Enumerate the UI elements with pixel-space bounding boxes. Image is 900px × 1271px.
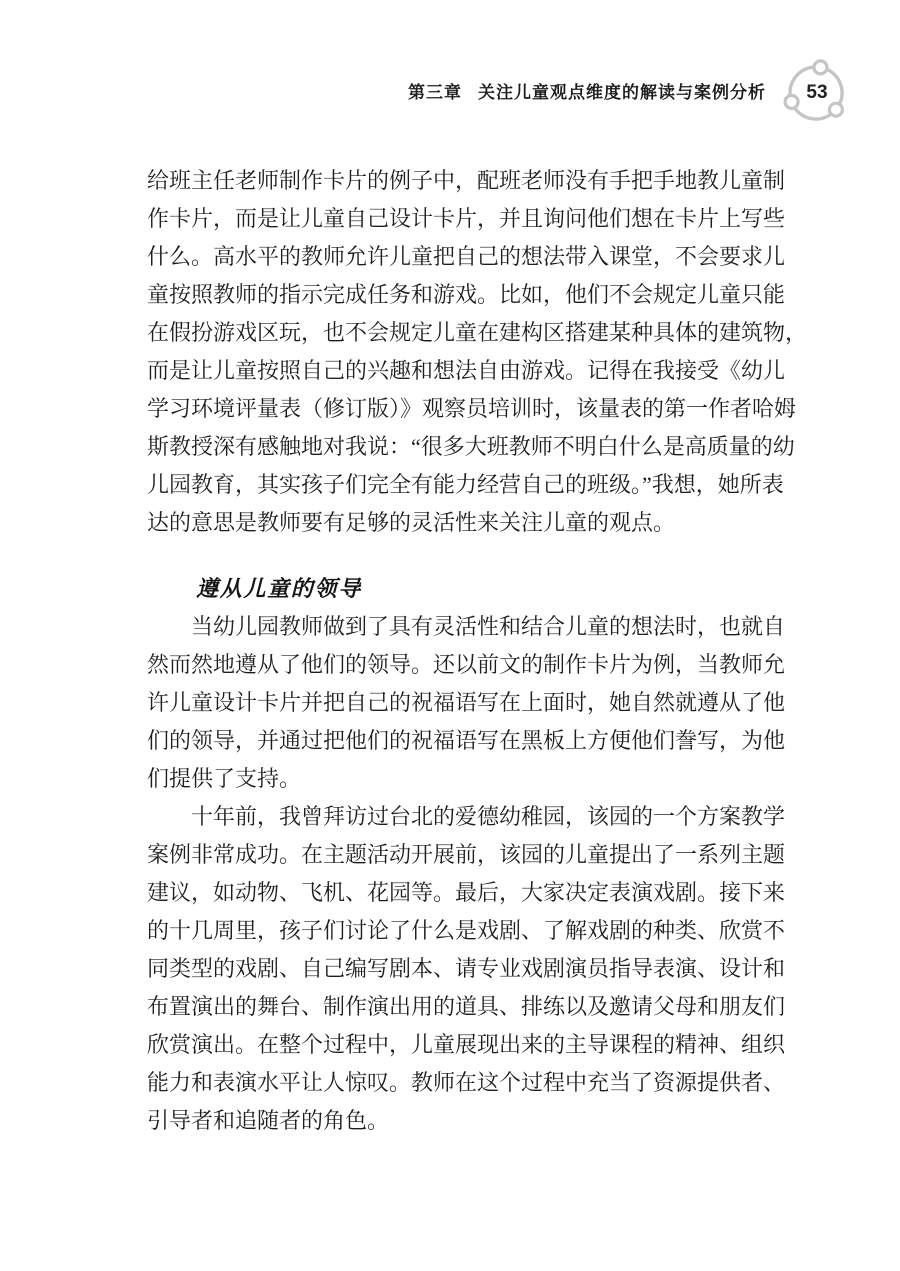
page-number: 53 [780, 58, 854, 124]
text-line: 的十几周里，孩子们讨论了什么是戏剧、了解戏剧的种类、欣赏不 [147, 912, 785, 950]
text-line: 而是让儿童按照自己的兴趣和想法自由游戏。记得在我接受《幼儿 [147, 352, 785, 390]
page-number-badge: 53 [780, 58, 854, 124]
text-line: 儿园教育，其实孩子们完全有能力经营自己的班级。”我想，她所表 [147, 466, 785, 504]
text-line: 们提供了支持。 [147, 760, 785, 798]
page-body: 给班主任老师制作卡片的例子中，配班老师没有手把手地教儿童制作卡片，而是让儿童自己… [147, 162, 785, 1140]
paragraph: 十年前，我曾拜访过台北的爱德幼稚园，该园的一个方案教学案例非常成功。在主题活动开… [147, 798, 785, 1140]
text-line: 在假扮游戏区玩，也不会规定儿童在建构区搭建某种具体的建筑物， [147, 314, 785, 352]
section-heading: 遵从儿童的领导 [196, 570, 785, 608]
text-line: 布置演出的舞台、制作演出用的道具、排练以及邀请父母和朋友们 [147, 988, 785, 1026]
text-line: 能力和表演水平让人惊叹。教师在这个过程中充当了资源提供者、 [147, 1064, 785, 1102]
text-line: 达的意思是教师要有足够的灵活性来关注儿童的观点。 [147, 504, 785, 542]
text-line: 童按照教师的指示完成任务和游戏。比如，他们不会规定儿童只能 [147, 276, 785, 314]
paragraph: 当幼儿园教师做到了具有灵活性和结合儿童的想法时，也就自然而然地遵从了他们的领导。… [147, 608, 785, 798]
text-line: 给班主任老师制作卡片的例子中，配班老师没有手把手地教儿童制 [147, 162, 785, 200]
chapter-label: 第三章 [408, 83, 462, 102]
text-line: 作卡片，而是让儿童自己设计卡片，并且询问他们想在卡片上写些 [147, 200, 785, 238]
text-line: 什么。高水平的教师允许儿童把自己的想法带入课堂，不会要求儿 [147, 238, 785, 276]
text-line: 学习环境评量表（修订版）》观察员培训时，该量表的第一作者哈姆 [147, 390, 785, 428]
text-line: 当幼儿园教师做到了具有灵活性和结合儿童的想法时，也就自 [147, 608, 785, 646]
text-line: 十年前，我曾拜访过台北的爱德幼稚园，该园的一个方案教学 [147, 798, 785, 836]
text-line: 斯教授深有感触地对我说：“很多大班教师不明白什么是高质量的幼 [147, 428, 785, 466]
text-line: 案例非常成功。在主题活动开展前，该园的儿童提出了一系列主题 [147, 836, 785, 874]
book-page: 第三章关注儿童观点维度的解读与案例分析 53 给班主任老师制作卡片的例子中，配班… [0, 0, 900, 1271]
text-line: 然而然地遵从了他们的领导。还以前文的制作卡片为例，当教师允 [147, 646, 785, 684]
text-line: 引导者和追随者的角色。 [147, 1102, 785, 1140]
running-head: 第三章关注儿童观点维度的解读与案例分析 [408, 78, 766, 105]
text-line: 同类型的戏剧、自己编写剧本、请专业戏剧演员指导表演、设计和 [147, 950, 785, 988]
text-line: 欣赏演出。在整个过程中，儿童展现出来的主导课程的精神、组织 [147, 1026, 785, 1064]
text-line: 建议，如动物、飞机、花园等。最后，大家决定表演戏剧。接下来 [147, 874, 785, 912]
text-line: 们的领导，并通过把他们的祝福语写在黑板上方便他们誊写，为他 [147, 722, 785, 760]
page-header: 第三章关注儿童观点维度的解读与案例分析 53 [408, 58, 854, 124]
paragraph-continuation: 给班主任老师制作卡片的例子中，配班老师没有手把手地教儿童制作卡片，而是让儿童自己… [147, 162, 785, 542]
chapter-title: 关注儿童观点维度的解读与案例分析 [478, 83, 766, 102]
text-line: 许儿童设计卡片并把自己的祝福语写在上面时，她自然就遵从了他 [147, 684, 785, 722]
